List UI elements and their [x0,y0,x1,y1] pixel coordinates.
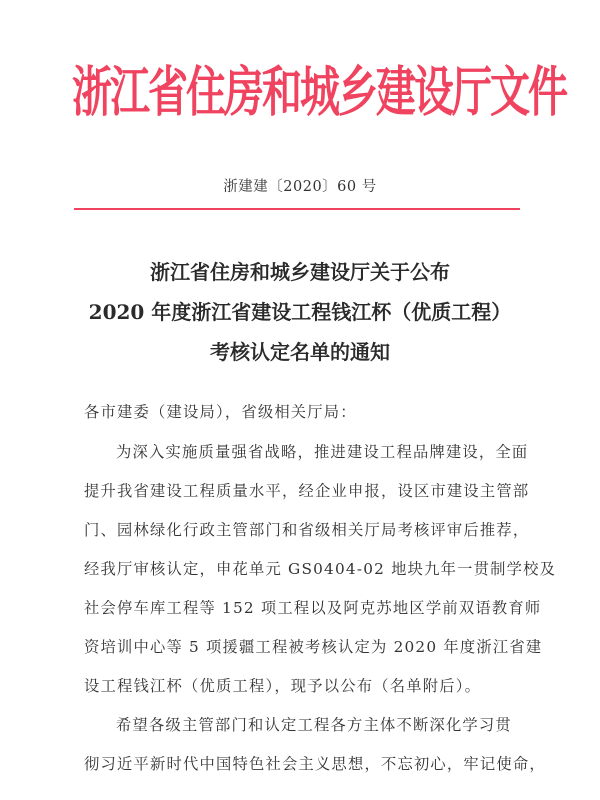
notice-title-line-2: 2020 年度浙江省建设工程钱江杯（优质工程） [0,296,600,325]
document-number: 浙建建〔2020〕60 号 [0,175,600,196]
body-line: 门、园林绿化行政主管部门和省级相关厅局考核评审后推荐， [84,518,524,540]
body-line: 希望各级主管部门和认定工程各方主体不断深化学习贯 [116,713,556,735]
body-line: 设工程钱江杯（优质工程），现予以公布（名单附后）。 [84,674,524,696]
body-line: 为深入实施质量强省战略，推进建设工程品牌建设，全面 [116,440,556,462]
body-line: 社会停车库工程等 152 项工程以及阿克苏地区学前双语教育师 [84,596,524,618]
masthead-title: 浙江省住房和城乡建设厅文件 [72,46,528,141]
body-line: 彻习近平新时代中国特色社会主义思想，不忘初心，牢记使命， [84,752,524,774]
body-line: 经我厅审核认定，申花单元 GS0404-02 地块九年一贯制学校及 [84,557,524,579]
body-line: 提升我省建设工程质量水平，经企业申报，设区市建设主管部 [84,479,524,501]
salutation: 各市建委（建设局），省级相关厅局： [84,400,524,422]
document-page: 浙江省住房和城乡建设厅文件 浙建建〔2020〕60 号 浙江省住房和城乡建设厅关… [0,0,600,800]
notice-title-line-1: 浙江省住房和城乡建设厅关于公布 [0,256,600,285]
body-line: 资培训中心等 5 项援疆工程被考核认定为 2020 年度浙江省建 [84,635,524,657]
red-divider [74,208,520,210]
notice-title-line-3: 考核认定名单的通知 [0,336,600,365]
